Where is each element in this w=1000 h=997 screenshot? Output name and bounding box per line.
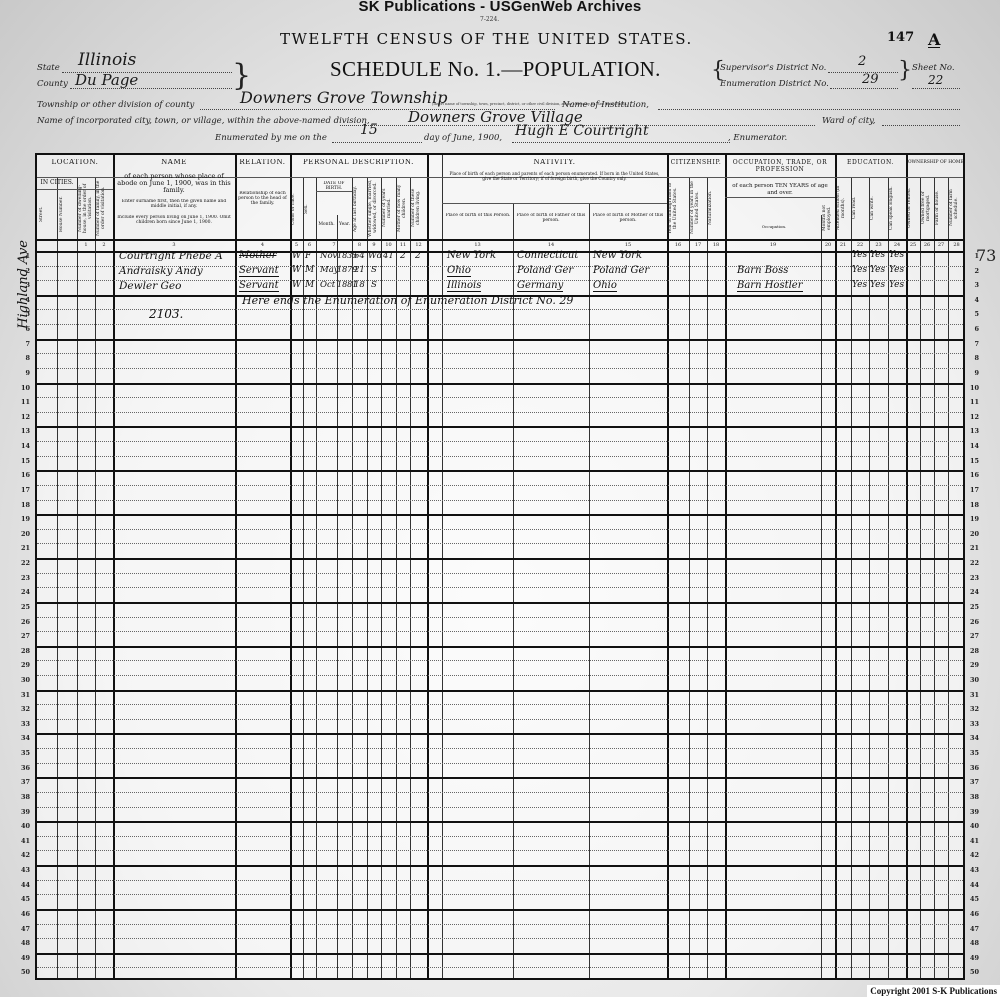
entry-3-sex: M [305, 280, 314, 290]
row-number-right: 40 [963, 822, 979, 830]
city-label: Name of incorporated city, town, or vill… [37, 116, 370, 126]
row-number-left: 27 [14, 632, 30, 640]
row-number-right: 41 [963, 837, 979, 845]
row-divider [37, 690, 963, 692]
entry-3-birth-mother: Ohio [593, 280, 617, 292]
entry-1-birth-father: Connecticut [517, 250, 578, 261]
row-divider [37, 587, 963, 588]
row-number-left: 45 [14, 895, 30, 903]
row-number-left: 37 [14, 778, 30, 786]
column-number-line [37, 239, 963, 241]
col-number: 25 [906, 242, 920, 248]
row-divider [37, 792, 963, 793]
row-number-right: 29 [963, 661, 979, 669]
census-title: TWELFTH CENSUS OF THE UNITED STATES. [280, 30, 693, 48]
row-number-right: 27 [963, 632, 979, 640]
row-number-left: 50 [14, 968, 30, 976]
row-number-right: 18 [963, 501, 979, 509]
row-divider [37, 324, 963, 325]
col-number: 21 [835, 242, 851, 248]
entry-3-age: 18 [354, 280, 365, 290]
row-number-right: 12 [963, 413, 979, 421]
vheader-age: Age at last birthday. [353, 181, 366, 237]
end-of-district-note: Here ends the Enumeration of Enumeration… [242, 294, 573, 307]
row-divider [37, 953, 963, 955]
row-number-left: 8 [14, 354, 30, 362]
col-line [95, 177, 96, 978]
entry-2-birth-father: Poland Ger [517, 265, 573, 276]
col-line [113, 155, 115, 978]
row-divider [37, 514, 963, 516]
row-number-right: 32 [963, 705, 979, 713]
row-number-left: 12 [14, 413, 30, 421]
row-number-right: 24 [963, 588, 979, 596]
entry-2-can-read: Yes [852, 265, 867, 275]
township-label: Township or other division of county [37, 100, 194, 110]
row-number-left: 38 [14, 793, 30, 801]
enumerator-line [512, 142, 730, 143]
row-number-right: 36 [963, 764, 979, 772]
enumeration-label: Enumeration District No. [720, 79, 829, 89]
header-date-of-birth: DATE OF BIRTH. [316, 181, 352, 191]
row-number-right: 4 [963, 296, 979, 304]
row-number-right: 7 [963, 340, 979, 348]
row-number-left: 4 [14, 296, 30, 304]
entry-1-birth-mother: New York [593, 250, 642, 261]
row-number-left: 33 [14, 720, 30, 728]
row-number-right: 48 [963, 939, 979, 947]
col-number: 16 [667, 242, 689, 248]
row-number-left: 31 [14, 691, 30, 699]
header-name-instr2: Include every person living on June 1, 1… [117, 215, 231, 225]
col-line [77, 177, 78, 978]
sheet-line [912, 88, 960, 89]
form-number: 7-224. [480, 16, 499, 23]
vheader-farm-schedule: Number of farm schedule. [949, 179, 965, 237]
row-number-right: 37 [963, 778, 979, 786]
row-number-left: 41 [14, 837, 30, 845]
header-birth-mother: Place of birth of Mother of this person. [591, 213, 665, 223]
row-number-right: 45 [963, 895, 979, 903]
entry-1-can-read: Yes [852, 250, 867, 260]
row-divider [37, 733, 963, 735]
col-number: 26 [920, 242, 934, 248]
col-line [57, 177, 58, 978]
row-number-right: 21 [963, 544, 979, 552]
col-line [689, 177, 690, 978]
institution-line [658, 109, 960, 110]
row-number-right: 2 [963, 267, 979, 275]
ward-line [882, 125, 960, 126]
row-number-left: 1 [14, 252, 30, 260]
enumerator-name: Hugh E Courtright [515, 123, 649, 139]
entry-1-month: Nov [320, 251, 337, 261]
col-number: 7 [316, 242, 352, 248]
row-number-right: 16 [963, 471, 979, 479]
row-divider [37, 339, 963, 341]
col-number: 8 [352, 242, 367, 248]
entry-3-month: Oct [320, 280, 335, 290]
header-citizenship: CITIZENSHIP. [667, 159, 725, 166]
row-divider [37, 397, 963, 398]
vheader-sex: Sex. [304, 181, 315, 237]
enumeration-value: 29 [862, 72, 879, 87]
vheader-can-read: Can read. [852, 179, 868, 237]
row-divider [37, 383, 963, 385]
row-divider [37, 353, 963, 354]
col-line [427, 155, 429, 978]
row-number-left: 40 [14, 822, 30, 830]
header-relation: RELATION. [235, 159, 290, 166]
row-number-left: 11 [14, 398, 30, 406]
row-number-right: 23 [963, 574, 979, 582]
entry-1-age: 64 [354, 251, 365, 261]
row-divider [37, 704, 963, 705]
vheader-immigration: Year of immigration to the United States… [668, 179, 688, 237]
col-number: 11 [396, 242, 410, 248]
district-brace-right: } [898, 60, 912, 82]
col-line [589, 203, 590, 978]
col-number: 2 [95, 242, 113, 248]
row-divider [37, 529, 963, 530]
row-number-right: 44 [963, 881, 979, 889]
row-divider [37, 602, 963, 604]
row-divider [37, 748, 963, 749]
header-month: Month. [316, 221, 337, 228]
header-relation-desc: Relationship of each person to the head … [237, 191, 288, 206]
entry-2-sex: M [305, 265, 314, 275]
row-number-left: 17 [14, 486, 30, 494]
row-number-left: 23 [14, 574, 30, 582]
enumerated-day-line [332, 142, 422, 143]
vheader-mother-of: Mother of how many children. [397, 179, 409, 237]
census-page: SK Publications - USGenWeb Archives 7-22… [0, 0, 1000, 997]
row-number-right: 26 [963, 618, 979, 626]
entry-1-marital: Wd [368, 251, 382, 261]
row-number-right: 42 [963, 851, 979, 859]
enumeration-line [830, 88, 898, 89]
row-number-left: 32 [14, 705, 30, 713]
watermark: SK Publications - USGenWeb Archives [0, 0, 1000, 15]
col-line [948, 177, 949, 978]
vheader-marital: Whether single, married, widowed, or div… [368, 179, 380, 237]
header-in-cities: IN CITIES. [37, 179, 77, 186]
row-number-right: 9 [963, 369, 979, 377]
entry-2-age: 21 [354, 265, 365, 275]
header-name-desc: of each person whose place of abode on J… [117, 173, 231, 194]
col-line [725, 155, 727, 978]
row-divider [37, 558, 963, 560]
row-divider [37, 967, 963, 968]
entry-2-birth-mother: Poland Ger [593, 265, 649, 276]
vheader-speak-english: Can speak English. [889, 179, 905, 237]
vheader-dwelling: Number of dwelling-house, in the order o… [78, 179, 94, 237]
vheader-street: Street. [39, 191, 55, 237]
header-occupation-sub: Occupation. [727, 223, 821, 230]
col-number: 9 [367, 242, 381, 248]
col-number: 24 [888, 242, 906, 248]
row-number-right: 46 [963, 910, 979, 918]
county-label: County [37, 79, 68, 89]
entry-1-relation: Mother [239, 250, 276, 261]
col-line [851, 177, 852, 978]
row-divider [37, 894, 963, 895]
row-divider [37, 836, 963, 837]
row-number-left: 14 [14, 442, 30, 450]
entry-1-speak-english: Yes [889, 250, 904, 260]
entry-1-years-married: 41 [383, 251, 394, 261]
sub-line [442, 203, 667, 204]
row-number-right: 5 [963, 310, 979, 318]
header-nativity-desc: Place of birth of each person and parent… [447, 171, 662, 181]
entry-2-month: May [320, 265, 339, 275]
col-line [835, 155, 837, 978]
entry-3-speak-english: Yes [889, 280, 904, 290]
row-number-left: 47 [14, 925, 30, 933]
row-divider [37, 470, 963, 472]
row-number-right: 38 [963, 793, 979, 801]
col-line [442, 155, 443, 978]
county-value: Du Page [75, 71, 138, 89]
vheader-years-married: Number of years married. [382, 179, 395, 237]
col-line [667, 155, 669, 978]
col-number: 12 [410, 242, 427, 248]
row-number-right: 28 [963, 647, 979, 655]
row-divider [37, 500, 963, 501]
row-number-left: 35 [14, 749, 30, 757]
row-number-left: 29 [14, 661, 30, 669]
vheader-children-living: Number of these children living. [411, 179, 426, 237]
entry-2-color: W [292, 265, 301, 275]
col-number: 19 [725, 242, 821, 248]
row-divider [37, 573, 963, 574]
header-name-instr1: Enter surname first, then the given name… [117, 199, 231, 209]
institution-label: Name of Institution, [562, 100, 649, 110]
entry-3-birth-father: Germany [517, 280, 563, 292]
row-number-left: 39 [14, 808, 30, 816]
row-number-right: 14 [963, 442, 979, 450]
row-number-right: 25 [963, 603, 979, 611]
col-number: 3 [113, 242, 235, 248]
entry-3-relation: Servant [239, 280, 279, 292]
row-number-left: 36 [14, 764, 30, 772]
entry-2-marital: S [371, 265, 377, 275]
enumerator-label: , Enumerator. [728, 133, 787, 143]
col-line [869, 177, 870, 978]
schedule-title: SCHEDULE No. 1.—POPULATION. [330, 57, 661, 82]
row-number-left: 13 [14, 427, 30, 435]
entry-1-children-living: 2 [415, 251, 421, 261]
row-number-right: 49 [963, 954, 979, 962]
row-divider [37, 850, 963, 851]
row-number-right: 17 [963, 486, 979, 494]
row-number-left: 28 [14, 647, 30, 655]
entry-2-name: Andraisky Andy [119, 265, 203, 277]
row-number-right: 33 [963, 720, 979, 728]
entry-3-occupation: Barn Hostler [737, 280, 803, 292]
header-nativity: NATIVITY. [442, 159, 667, 166]
vheader-house-number: House Number. [59, 191, 75, 237]
row-number-right: 31 [963, 691, 979, 699]
row-number-right: 30 [963, 676, 979, 684]
entry-2-speak-english: Yes [889, 265, 904, 275]
population-schedule-table: LOCATION. IN CITIES. NAME of each person… [35, 153, 965, 980]
page-letter: A [928, 33, 940, 48]
row-number-right: 39 [963, 808, 979, 816]
vheader-attended-school: Attended school (in months). [836, 179, 850, 237]
row-divider [37, 412, 963, 413]
col-number: 27 [934, 242, 948, 248]
entry-3-color: W [292, 280, 301, 290]
header-occupation-desc: of each person TEN YEARS of age and over… [727, 183, 833, 197]
entry-3-can-write: Yes [870, 280, 885, 290]
col-line [337, 215, 338, 978]
entry-1-can-write: Yes [870, 250, 885, 260]
row-number-left: 25 [14, 603, 30, 611]
col-number: 15 [589, 242, 667, 248]
row-number-left: 19 [14, 515, 30, 523]
page-number: 147 [887, 30, 914, 45]
row-divider [37, 441, 963, 442]
row-divider [37, 777, 963, 779]
entry-3-birth-person: Illinois [447, 280, 481, 292]
col-line [821, 215, 822, 978]
vheader-farm-house: Farm or house. [935, 179, 947, 237]
row-divider [37, 426, 963, 428]
col-number: 23 [869, 242, 888, 248]
supervisor-value: 2 [858, 54, 866, 69]
row-number-left: 44 [14, 881, 30, 889]
row-divider [37, 617, 963, 618]
row-number-right: 10 [963, 384, 979, 392]
enumerated-label: Enumerated by me on the [215, 133, 327, 143]
row-number-left: 26 [14, 618, 30, 626]
row-divider [37, 880, 963, 881]
row-number-right: 50 [963, 968, 979, 976]
row-number-left: 21 [14, 544, 30, 552]
row-number-left: 43 [14, 866, 30, 874]
row-number-right: 8 [963, 354, 979, 362]
row-number-left: 22 [14, 559, 30, 567]
state-label: State [37, 63, 60, 73]
state-county-brace: } [232, 61, 251, 91]
ward-label: Ward of city, [822, 116, 876, 126]
col-number: 10 [381, 242, 396, 248]
right-margin-mark: 73 [976, 246, 996, 265]
vheader-color: Color or race. [291, 181, 302, 237]
col-line [888, 177, 889, 978]
row-number-left: 6 [14, 325, 30, 333]
row-divider [37, 485, 963, 486]
vheader-months-unemployed: Months not employed. [822, 199, 834, 237]
row-number-left: 3 [14, 281, 30, 289]
row-divider [37, 865, 963, 867]
row-number-left: 34 [14, 734, 30, 742]
supervisor-label: Supervisor's District No. [720, 63, 826, 73]
row-divider [37, 456, 963, 457]
row-number-left: 20 [14, 530, 30, 538]
row-number-right: 11 [963, 398, 979, 406]
row-divider [37, 807, 963, 808]
row-divider [37, 646, 963, 648]
row-divider [37, 675, 963, 676]
row-number-left: 16 [14, 471, 30, 479]
row-divider [37, 368, 963, 369]
row-number-right: 34 [963, 734, 979, 742]
row-number-right: 19 [963, 515, 979, 523]
vheader-can-write: Can write. [870, 179, 887, 237]
col-number: 18 [707, 242, 725, 248]
entry-2-birth-person: Ohio [447, 265, 471, 277]
row-divider [37, 719, 963, 720]
vheader-family: Number of family, in the order of visita… [96, 179, 112, 237]
row-divider [37, 821, 963, 823]
entry-2-occupation: Barn Boss [737, 265, 788, 276]
col-line [290, 155, 292, 978]
township-value: Downers Grove Township [240, 88, 447, 107]
row-number-right: 47 [963, 925, 979, 933]
row-number-left: 46 [14, 910, 30, 918]
row-number-left: 30 [14, 676, 30, 684]
col-line [513, 203, 514, 978]
sub-line [725, 197, 835, 198]
col-line [906, 155, 908, 978]
header-name: NAME [113, 159, 235, 166]
header-location: LOCATION. [37, 159, 113, 166]
header-education: EDUCATION. [835, 159, 906, 166]
col-line [934, 177, 935, 978]
row-number-left: 18 [14, 501, 30, 509]
row-divider [37, 924, 963, 925]
row-number-left: 2 [14, 267, 30, 275]
sheet-value: 22 [928, 73, 943, 87]
row-number-right: 6 [963, 325, 979, 333]
entry-2-can-write: Yes [870, 265, 885, 275]
row-number-right: 22 [963, 559, 979, 567]
row-number-left: 49 [14, 954, 30, 962]
row-number-left: 15 [14, 457, 30, 465]
row-number-left: 24 [14, 588, 30, 596]
col-number: 28 [948, 242, 965, 248]
row-divider [37, 909, 963, 911]
col-line [707, 177, 708, 978]
entry-1-sex: F [305, 251, 311, 261]
entry-1-birth-person: New York [447, 250, 496, 261]
row-number-right: 20 [963, 530, 979, 538]
entry-1-mother-of: 2 [400, 251, 406, 261]
col-number: 6 [303, 242, 316, 248]
col-number: 1 [77, 242, 95, 248]
header-year: Year. [337, 221, 352, 228]
col-line [920, 177, 921, 978]
row-number-right: 43 [963, 866, 979, 874]
row-number-right: 3 [963, 281, 979, 289]
row-number-left: 5 [14, 310, 30, 318]
row-divider [37, 763, 963, 764]
row-number-left: 7 [14, 340, 30, 348]
header-ownership: OWNERSHIP OF HOME. [906, 159, 967, 166]
enumerated-day: 15 [360, 122, 378, 138]
entry-3-marital: S [371, 280, 377, 290]
col-number: 4 [235, 242, 290, 248]
enumerated-suffix: day of June, 1900, [424, 133, 502, 143]
header-occupation: OCCUPATION, TRADE, OR PROFESSION [725, 159, 835, 173]
line-5-note: 2103. [149, 307, 183, 321]
col-number: 14 [513, 242, 589, 248]
vheader-free-mortgaged: Owned free or mortgaged. [921, 179, 933, 237]
row-number-right: 15 [963, 457, 979, 465]
header-personal-description: PERSONAL DESCRIPTION. [290, 159, 427, 166]
